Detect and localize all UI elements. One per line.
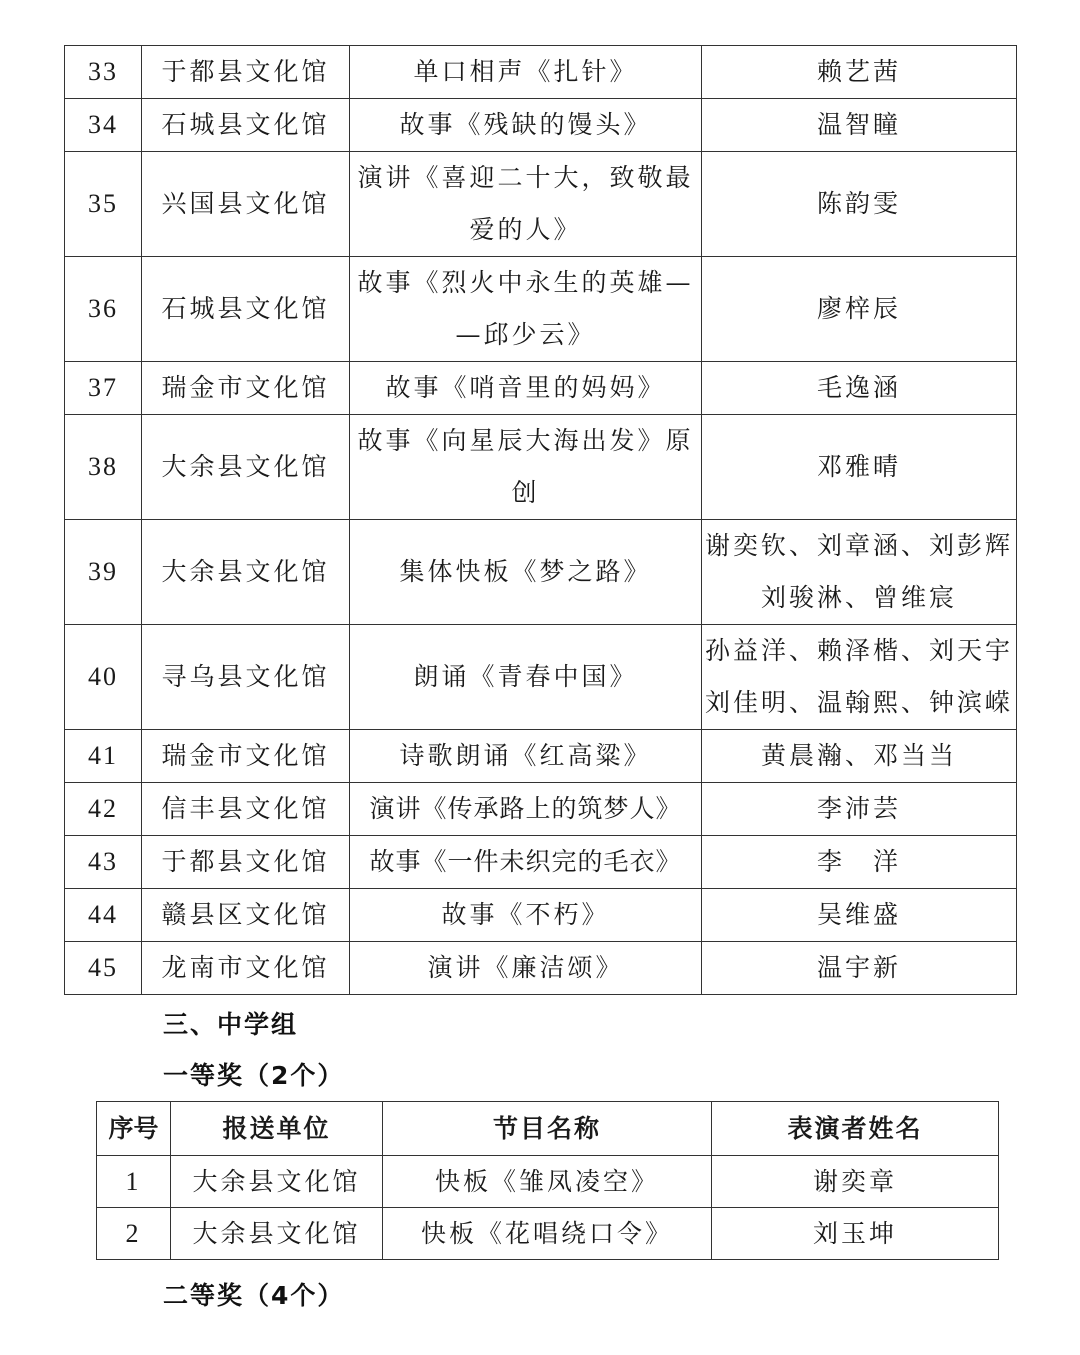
program-cell: 快板《花唱绕口令》 — [383, 1208, 712, 1260]
performer-cell: 刘玉坤 — [712, 1208, 999, 1260]
unit-cell: 兴国县文化馆 — [142, 152, 350, 257]
program-line: 爱的人》 — [352, 204, 699, 256]
header-performer: 表演者姓名 — [712, 1102, 999, 1156]
unit-cell: 龙南市文化馆 — [142, 942, 350, 995]
header-number: 序号 — [97, 1102, 171, 1156]
program-cell: 快板《雏凤凌空》 — [383, 1156, 712, 1208]
table-row: 39 大余县文化馆 集体快板《梦之路》 谢奕钦、刘章涵、刘彭辉 刘骏淋、曾维宸 — [65, 520, 1017, 625]
table-row: 36 石城县文化馆 故事《烈火中永生的英雄— —邱少云》 廖梓辰 — [65, 257, 1017, 362]
program-cell: 集体快板《梦之路》 — [350, 520, 702, 625]
unit-cell: 于都县文化馆 — [142, 836, 350, 889]
unit-cell: 瑞金市文化馆 — [142, 362, 350, 415]
header-row: 序号 报送单位 节目名称 表演者姓名 — [97, 1102, 999, 1156]
table-row: 43 于都县文化馆 故事《一件未织完的毛衣》 李 洋 — [65, 836, 1017, 889]
row-number: 43 — [65, 836, 142, 889]
performer-cell: 温智瞳 — [702, 99, 1017, 152]
unit-cell: 大余县文化馆 — [171, 1208, 383, 1260]
program-cell: 故事《烈火中永生的英雄— —邱少云》 — [350, 257, 702, 362]
program-line: —邱少云》 — [352, 309, 699, 361]
performer-cell: 毛逸涵 — [702, 362, 1017, 415]
program-cell: 故事《残缺的馒头》 — [350, 99, 702, 152]
table-row: 37 瑞金市文化馆 故事《哨音里的妈妈》 毛逸涵 — [65, 362, 1017, 415]
row-number: 44 — [65, 889, 142, 942]
program-cell: 演讲《廉洁颂》 — [350, 942, 702, 995]
row-number: 36 — [65, 257, 142, 362]
row-number: 39 — [65, 520, 142, 625]
first-prize-heading: 一等奖（2个） — [163, 1056, 344, 1092]
table-row: 44 赣县区文化馆 故事《不朽》 吴维盛 — [65, 889, 1017, 942]
table-row: 33 于都县文化馆 单口相声《扎针》 赖艺茜 — [65, 46, 1017, 99]
program-cell: 单口相声《扎针》 — [350, 46, 702, 99]
performer-cell: 谢奕钦、刘章涵、刘彭辉 刘骏淋、曾维宸 — [702, 520, 1017, 625]
first-prize-table: 序号 报送单位 节目名称 表演者姓名 1 大余县文化馆 快板《雏凤凌空》 谢奕章… — [96, 1101, 999, 1260]
performer-cell: 吴维盛 — [702, 889, 1017, 942]
performer-line: 刘佳明、温翰熙、钟滨嵘 — [704, 677, 1014, 729]
performer-cell: 陈韵雯 — [702, 152, 1017, 257]
row-number: 37 — [65, 362, 142, 415]
unit-cell: 于都县文化馆 — [142, 46, 350, 99]
unit-cell: 大余县文化馆 — [171, 1156, 383, 1208]
table-row: 35 兴国县文化馆 演讲《喜迎二十大，致敬最 爱的人》 陈韵雯 — [65, 152, 1017, 257]
performer-cell: 李 洋 — [702, 836, 1017, 889]
row-number: 45 — [65, 942, 142, 995]
program-line: 创 — [352, 467, 699, 519]
performer-cell: 黄晨瀚、邓当当 — [702, 730, 1017, 783]
unit-cell: 寻乌县文化馆 — [142, 625, 350, 730]
unit-cell: 信丰县文化馆 — [142, 783, 350, 836]
performer-cell: 廖梓辰 — [702, 257, 1017, 362]
table-row: 40 寻乌县文化馆 朗诵《青春中国》 孙益洋、赖泽楷、刘天宇 刘佳明、温翰熙、钟… — [65, 625, 1017, 730]
header-program: 节目名称 — [383, 1102, 712, 1156]
program-cell: 故事《哨音里的妈妈》 — [350, 362, 702, 415]
row-number: 35 — [65, 152, 142, 257]
section-heading-middle-school: 三、中学组 — [163, 1005, 298, 1041]
program-cell: 故事《向星辰大海出发》原 创 — [350, 415, 702, 520]
table-row: 34 石城县文化馆 故事《残缺的馒头》 温智瞳 — [65, 99, 1017, 152]
unit-cell: 瑞金市文化馆 — [142, 730, 350, 783]
row-number: 2 — [97, 1208, 171, 1260]
table-row: 42 信丰县文化馆 演讲《传承路上的筑梦人》 李沛芸 — [65, 783, 1017, 836]
program-cell: 朗诵《青春中国》 — [350, 625, 702, 730]
row-number: 40 — [65, 625, 142, 730]
unit-cell: 石城县文化馆 — [142, 99, 350, 152]
program-line: 故事《向星辰大海出发》原 — [352, 415, 699, 467]
program-cell: 演讲《喜迎二十大，致敬最 爱的人》 — [350, 152, 702, 257]
unit-cell: 赣县区文化馆 — [142, 889, 350, 942]
performer-line: 孙益洋、赖泽楷、刘天宇 — [704, 625, 1014, 677]
performer-cell: 李沛芸 — [702, 783, 1017, 836]
program-cell: 故事《一件未织完的毛衣》 — [350, 836, 702, 889]
performer-cell: 温宇新 — [702, 942, 1017, 995]
table-row: 2 大余县文化馆 快板《花唱绕口令》 刘玉坤 — [97, 1208, 999, 1260]
program-line: 故事《烈火中永生的英雄— — [352, 257, 699, 309]
header-unit: 报送单位 — [171, 1102, 383, 1156]
performer-cell: 孙益洋、赖泽楷、刘天宇 刘佳明、温翰熙、钟滨嵘 — [702, 625, 1017, 730]
program-line: 演讲《喜迎二十大，致敬最 — [352, 152, 699, 204]
performer-line: 谢奕钦、刘章涵、刘彭辉 — [704, 520, 1014, 572]
program-cell: 故事《不朽》 — [350, 889, 702, 942]
unit-cell: 石城县文化馆 — [142, 257, 350, 362]
row-number: 33 — [65, 46, 142, 99]
table-row: 41 瑞金市文化馆 诗歌朗诵《红高粱》 黄晨瀚、邓当当 — [65, 730, 1017, 783]
table-row: 1 大余县文化馆 快板《雏凤凌空》 谢奕章 — [97, 1156, 999, 1208]
performer-cell: 赖艺茜 — [702, 46, 1017, 99]
performer-line: 刘骏淋、曾维宸 — [704, 572, 1014, 624]
unit-cell: 大余县文化馆 — [142, 415, 350, 520]
row-number: 42 — [65, 783, 142, 836]
second-prize-heading: 二等奖（4个） — [163, 1276, 344, 1312]
performer-cell: 谢奕章 — [712, 1156, 999, 1208]
results-table-continued: 33 于都县文化馆 单口相声《扎针》 赖艺茜 34 石城县文化馆 故事《残缺的馒… — [64, 45, 1017, 995]
table-row: 38 大余县文化馆 故事《向星辰大海出发》原 创 邓雅晴 — [65, 415, 1017, 520]
performer-cell: 邓雅晴 — [702, 415, 1017, 520]
row-number: 38 — [65, 415, 142, 520]
row-number: 1 — [97, 1156, 171, 1208]
row-number: 34 — [65, 99, 142, 152]
table-row: 45 龙南市文化馆 演讲《廉洁颂》 温宇新 — [65, 942, 1017, 995]
program-cell: 诗歌朗诵《红高粱》 — [350, 730, 702, 783]
row-number: 41 — [65, 730, 142, 783]
program-cell: 演讲《传承路上的筑梦人》 — [350, 783, 702, 836]
unit-cell: 大余县文化馆 — [142, 520, 350, 625]
